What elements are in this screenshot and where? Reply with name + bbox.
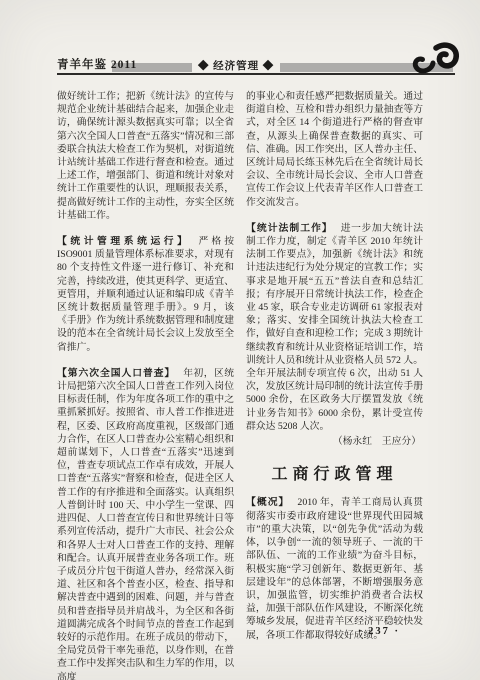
book-title: 青羊年鉴 2011 bbox=[57, 56, 137, 72]
continued-paragraph: 的事业心和责任感严把数据质量关。通过街道自检、互检和普办组织力量抽查等方式，对全… bbox=[246, 90, 423, 209]
entry-label: 【统计法制工作】 bbox=[246, 223, 333, 234]
swirl-ornament-icon bbox=[409, 40, 461, 76]
paragraph-text: 做好统计工作；把新《统计法》的宣传与规范企业统计基础结合起来，加强企业走访，确保… bbox=[57, 91, 234, 221]
entry-label: 【概况】 bbox=[246, 497, 289, 508]
paragraph-text: 严格按 ISO9001 质量管理体系标准要求，对现有 80 个支持性文件逐一进行… bbox=[57, 236, 234, 353]
paragraph-text: 的事业心和责任感严把数据质量关。通过街道自检、互检和普办组织力量抽查等方式，对全… bbox=[246, 91, 423, 208]
paragraph-text: 进一步加大统计法制工作力度，制定《青羊区 2010 年统计法制工作要点》，加强新… bbox=[246, 223, 423, 432]
page-number: · 237 · bbox=[336, 626, 422, 637]
header-rule bbox=[57, 73, 455, 75]
entry-sixth-national-census: 【第六次全国人口普查】年初，区统计局把第六次全国人口普查工作列入岗位目标责任制，… bbox=[57, 367, 234, 680]
byline: （杨永红 王应分） bbox=[246, 435, 421, 448]
entry-overview: 【概况】2010 年，青羊工商局认真贯彻落实市委市政府建设“世界现代田园城市”的… bbox=[246, 496, 423, 641]
entry-statistics-management-system: 【统计管理系统运行】严格按 ISO9001 质量管理体系标准要求，对现有 80 … bbox=[57, 235, 234, 354]
right-column: 的事业心和责任感严把数据质量关。通过街道自检、互检和普办组织力量抽查等方式，对全… bbox=[246, 90, 423, 642]
yearbook-scanned-page: 青羊年鉴 2011 ◆ 经济管理 ◆ 做好统计工作；把新《统计法》的宣传与规范企… bbox=[0, 0, 480, 680]
section-banner: ◆ 经济管理 ◆ bbox=[192, 58, 280, 73]
entry-label: 【统计管理系统运行】 bbox=[57, 236, 191, 247]
entry-label: 【第六次全国人口普查】 bbox=[57, 368, 175, 379]
paragraph-text: 2010 年，青羊工商局认真贯彻落实市委市政府建设“世界现代田园城市”的重大决策… bbox=[246, 497, 423, 640]
left-column: 做好统计工作；把新《统计法》的宣传与规范企业统计基础结合起来，加强企业走访，确保… bbox=[57, 90, 234, 680]
continued-paragraph: 做好统计工作；把新《统计法》的宣传与规范企业统计基础结合起来，加强企业走访，确保… bbox=[57, 90, 234, 222]
paragraph-text: 年初，区统计局把第六次全国人口普查工作列入岗位目标责任制，作为年度各项工作的重中… bbox=[57, 368, 234, 680]
entry-statistics-legal-work: 【统计法制工作】进一步加大统计法制工作力度，制定《青羊区 2010 年统计法制工… bbox=[246, 222, 423, 433]
header-band bbox=[112, 63, 453, 72]
chapter-heading: 工商行政管理 bbox=[246, 468, 423, 481]
